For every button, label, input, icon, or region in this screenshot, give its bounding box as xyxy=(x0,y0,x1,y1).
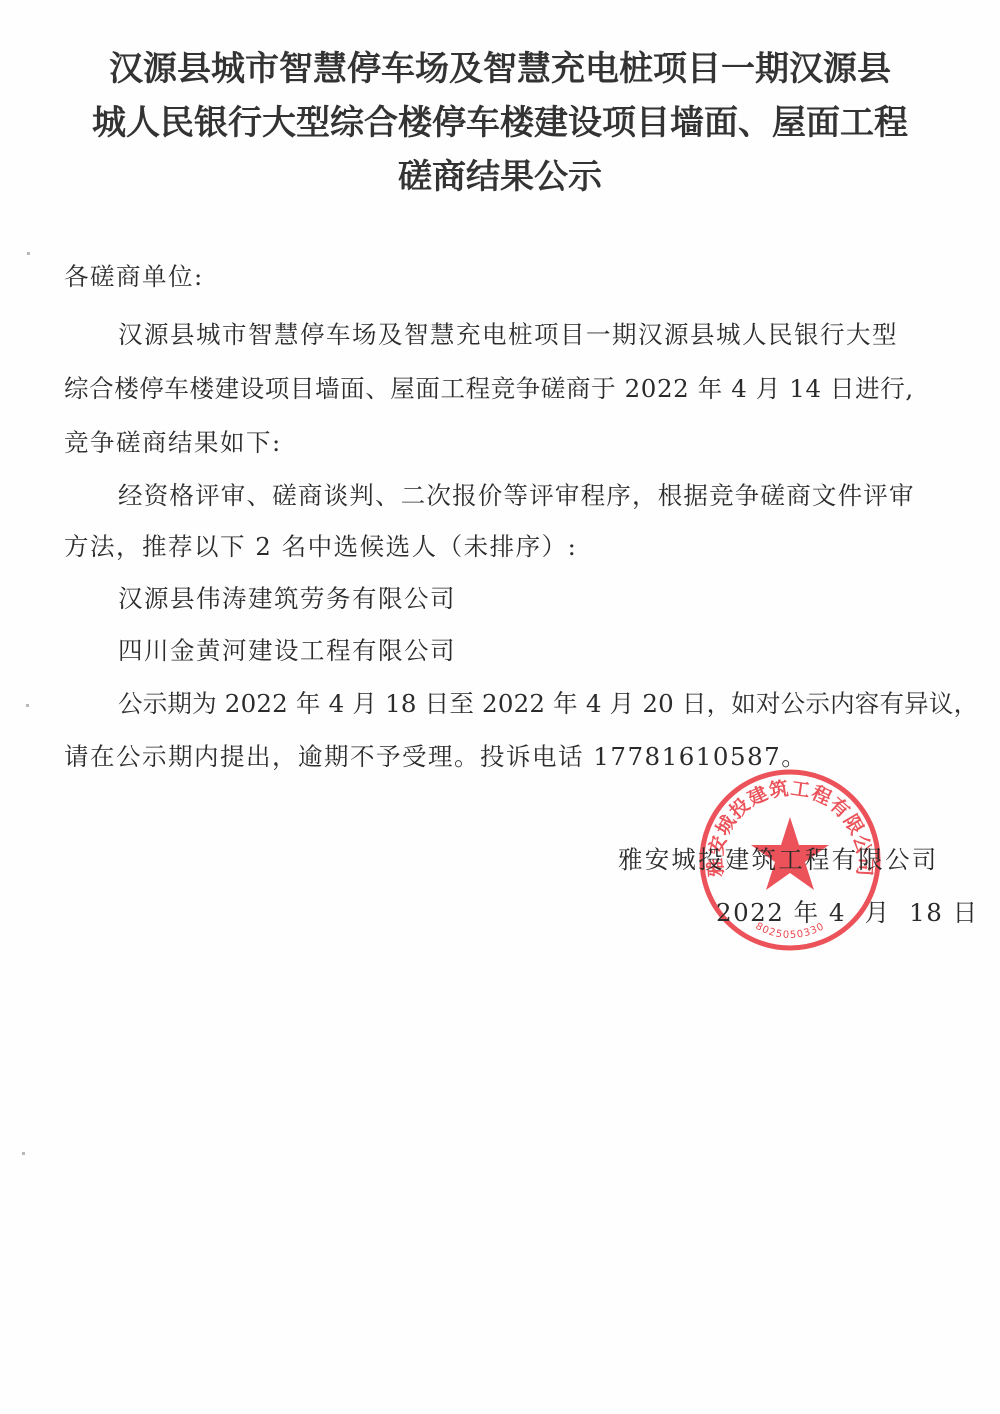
scan-mark xyxy=(27,252,30,255)
candidate-2: 四川金黄河建设工程有限公司 xyxy=(118,632,456,667)
signature-date: 2022 年 4 月 18 日 xyxy=(716,894,979,929)
title-line-3: 磋商结果公示 xyxy=(40,150,960,204)
candidate-1: 汉源县伟涛建筑劳务有限公司 xyxy=(118,580,456,615)
paragraph-1-line-1: 汉源县城市智慧停车场及智慧充电桩项目一期汉源县城人民银行大型 xyxy=(118,316,898,351)
document-page: 汉源县城市智慧停车场及智慧充电桩项目一期汉源县 城人民银行大型综合楼停车楼建设项… xyxy=(0,0,1000,1414)
document-title: 汉源县城市智慧停车场及智慧充电桩项目一期汉源县 城人民银行大型综合楼停车楼建设项… xyxy=(40,42,960,204)
paragraph-2-line-1: 经资格评审、磋商谈判、二次报价等评审程序，根据竞争磋商文件评审 xyxy=(118,477,915,512)
paragraph-2-line-2: 方法，推荐以下 2 名中选候选人（未排序）: xyxy=(64,528,577,563)
paragraph-3-line-1: 公示期为 2022 年 4 月 18 日至 2022 年 4 月 20 日，如对… xyxy=(118,685,978,720)
signature-company: 雅安城投建筑工程有限公司 xyxy=(618,841,938,876)
paragraph-1-line-3: 竞争磋商结果如下: xyxy=(64,424,282,459)
paragraph-1-line-2: 综合楼停车楼建设项目墙面、屋面工程竞争磋商于 2022 年 4 月 14 日进行… xyxy=(64,370,914,405)
scan-mark xyxy=(22,1152,25,1155)
title-line-1: 汉源县城市智慧停车场及智慧充电桩项目一期汉源县 xyxy=(40,42,960,96)
title-line-2: 城人民银行大型综合楼停车楼建设项目墙面、屋面工程 xyxy=(40,96,960,150)
scan-mark xyxy=(26,704,29,707)
salutation: 各磋商单位: xyxy=(64,258,204,293)
paragraph-3-line-2: 请在公示期内提出，逾期不予受理。投诉电话 17781610587。 xyxy=(64,738,807,773)
